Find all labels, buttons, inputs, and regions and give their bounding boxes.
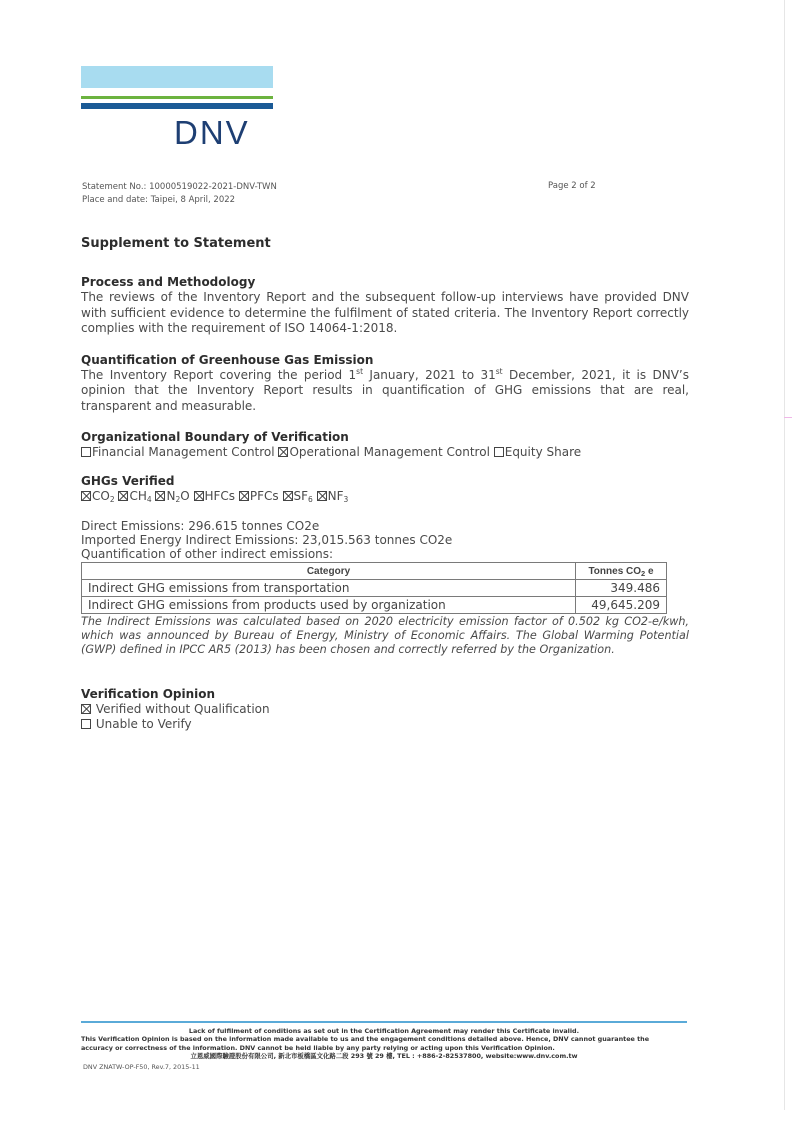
section-heading: GHGs Verified	[81, 474, 689, 489]
opinion-option: Verified without Qualification	[81, 702, 689, 717]
section-heading: Verification Opinion	[81, 687, 689, 702]
section-process: Process and Methodology The reviews of t…	[81, 275, 689, 337]
column-header-tonnes: Tonnes CO2 e	[576, 563, 667, 580]
ghg-label: PFCs	[250, 489, 279, 503]
ghg-label: CH4	[129, 489, 151, 503]
footer: Lack of fulfilment of conditions as set …	[81, 1027, 687, 1071]
column-header-category: Category	[82, 563, 576, 580]
option-label: Verified without Qualification	[96, 702, 270, 716]
footer-line: Lack of fulfilment of conditions as set …	[81, 1027, 687, 1035]
ghg-label: SF6	[294, 489, 313, 503]
option-label: Financial Management Control	[92, 445, 275, 459]
footer-divider	[81, 1021, 687, 1023]
category-cell: Indirect GHG emissions from transportati…	[82, 580, 576, 597]
page-edge	[784, 0, 785, 1110]
boundary-options: Financial Management Control Operational…	[81, 445, 689, 460]
value-cell: 49,645.209	[576, 597, 667, 614]
ghg-label: CO2	[92, 489, 115, 503]
form-code: DNV ZNATW-OP-F50, Rev.7, 2015-11	[83, 1063, 687, 1071]
section-heading: Process and Methodology	[81, 275, 689, 290]
footer-line: This Verification Opinion is based on th…	[81, 1035, 687, 1043]
checkbox-ghg-nf3[interactable]	[317, 491, 327, 501]
table-header-row: Category Tonnes CO2 e	[82, 563, 667, 580]
place-and-date: Place and date: Taipei, 8 April, 2022	[82, 194, 277, 207]
logo-bar-green	[81, 96, 273, 99]
checkbox-unable-to-verify[interactable]	[81, 719, 91, 729]
emissions-summary: Direct Emissions: 296.615 tonnes CO2e Im…	[81, 519, 689, 561]
checkbox-ghg-co2[interactable]	[81, 491, 91, 501]
checkbox-ghg-ch4[interactable]	[118, 491, 128, 501]
option-label: Operational Management Control	[289, 445, 489, 459]
section-body: The Inventory Report covering the period…	[81, 368, 689, 415]
indirect-emissions-table: Category Tonnes CO2 e Indirect GHG emiss…	[81, 562, 667, 614]
section-boundary: Organizational Boundary of Verification …	[81, 430, 689, 460]
other-indirect-label: Quantification of other indirect emissio…	[81, 547, 689, 561]
footer-address: 立恩威國際驗證股份有限公司, 新北市板橋區文化路二段 293 號 29 樓, T…	[81, 1052, 687, 1060]
section-heading: Organizational Boundary of Verification	[81, 430, 689, 445]
statement-meta: Statement No.: 10000519022-2021-DNV-TWN …	[82, 181, 277, 206]
methodology-note: The Indirect Emissions was calculated ba…	[81, 615, 689, 657]
checkbox-ghg-n2[interactable]	[155, 491, 165, 501]
checkbox-verified[interactable]	[81, 704, 91, 714]
imported-energy-emissions: Imported Energy Indirect Emissions: 23,0…	[81, 533, 689, 547]
logo-bar-blue	[81, 103, 273, 109]
page-title: Supplement to Statement	[81, 236, 689, 251]
checkbox-equity-share[interactable]	[494, 447, 504, 457]
checkbox-ghg-pfcs[interactable]	[239, 491, 249, 501]
direct-emissions: Direct Emissions: 296.615 tonnes CO2e	[81, 519, 689, 533]
section-verification-opinion: Verification Opinion Verified without Qu…	[81, 687, 689, 732]
section-body: The reviews of the Inventory Report and …	[81, 290, 689, 337]
statement-number: Statement No.: 10000519022-2021-DNV-TWN	[82, 181, 277, 194]
ghg-label: N2O	[166, 489, 189, 503]
ghg-label: NF3	[328, 489, 349, 503]
logo-bar-light	[81, 66, 273, 88]
checkbox-ghg-sf6[interactable]	[283, 491, 293, 501]
table-row: Indirect GHG emissions from products use…	[82, 597, 667, 614]
category-cell: Indirect GHG emissions from products use…	[82, 597, 576, 614]
opinion-option: Unable to Verify	[81, 717, 689, 732]
page-number: Page 2 of 2	[548, 181, 596, 191]
checkbox-operational-control[interactable]	[278, 447, 288, 457]
option-label: Equity Share	[505, 445, 581, 459]
document-body: Supplement to Statement Process and Meth…	[81, 236, 689, 732]
edge-mark	[784, 417, 792, 418]
checkbox-financial-control[interactable]	[81, 447, 91, 457]
section-quantification: Quantification of Greenhouse Gas Emissio…	[81, 353, 689, 415]
logo-text: DNV	[174, 114, 250, 152]
footer-line: accuracy or correctness of the informati…	[81, 1044, 687, 1052]
section-ghgs: GHGs Verified CO2 CH4 N2O HFCs PFCs SF6 …	[81, 474, 689, 505]
ghg-label: HFCs	[205, 489, 236, 503]
value-cell: 349.486	[576, 580, 667, 597]
checkbox-ghg-hfcs[interactable]	[194, 491, 204, 501]
table-row: Indirect GHG emissions from transportati…	[82, 580, 667, 597]
option-label: Unable to Verify	[96, 717, 192, 731]
section-heading: Quantification of Greenhouse Gas Emissio…	[81, 353, 689, 368]
ghg-options: CO2 CH4 N2O HFCs PFCs SF6 NF3	[81, 489, 689, 505]
